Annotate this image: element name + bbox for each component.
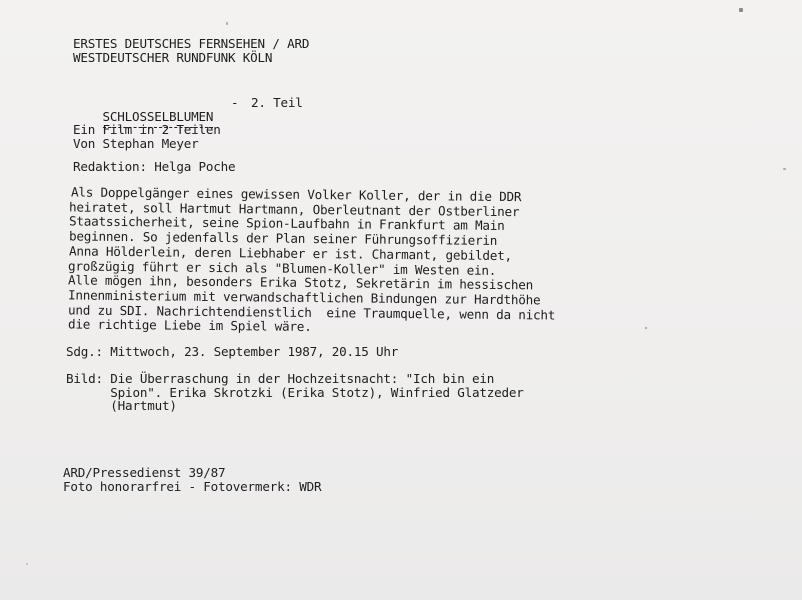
- photo-caption-line: (Hartmut): [66, 399, 177, 413]
- paper-speck: [645, 327, 647, 329]
- station-header: WESTDEUTSCHER RUNDFUNK KÖLN: [73, 51, 272, 65]
- title-separator: -: [231, 96, 238, 110]
- broadcaster-header: ERSTES DEUTSCHES FERNSEHEN / ARD: [73, 37, 309, 51]
- part-label: 2. Teil: [251, 96, 303, 110]
- film-description: Ein Film in 2 Teilen: [73, 123, 221, 137]
- paper-speck: [26, 563, 28, 565]
- photo-caption-line: Bild: Die Überraschung in der Hochzeitsn…: [66, 372, 494, 386]
- paper-speck: [226, 22, 228, 25]
- press-service-reference: ARD/Pressedienst 39/87: [63, 466, 225, 480]
- paper-speck: [739, 8, 743, 12]
- photo-credit: Foto honorarfrei - Fotovermerk: WDR: [63, 480, 321, 494]
- film-author: Von Stephan Meyer: [73, 137, 199, 151]
- paper-speck: [783, 168, 786, 170]
- press-sheet: ERSTES DEUTSCHES FERNSEHEN / ARD WESTDEU…: [0, 0, 802, 600]
- synopsis: Als Doppelgänger eines gewissen Volker K…: [69, 188, 559, 335]
- film-editor: Redaktion: Helga Poche: [73, 160, 235, 174]
- broadcast-date: Sdg.: Mittwoch, 23. September 1987, 20.1…: [66, 345, 398, 359]
